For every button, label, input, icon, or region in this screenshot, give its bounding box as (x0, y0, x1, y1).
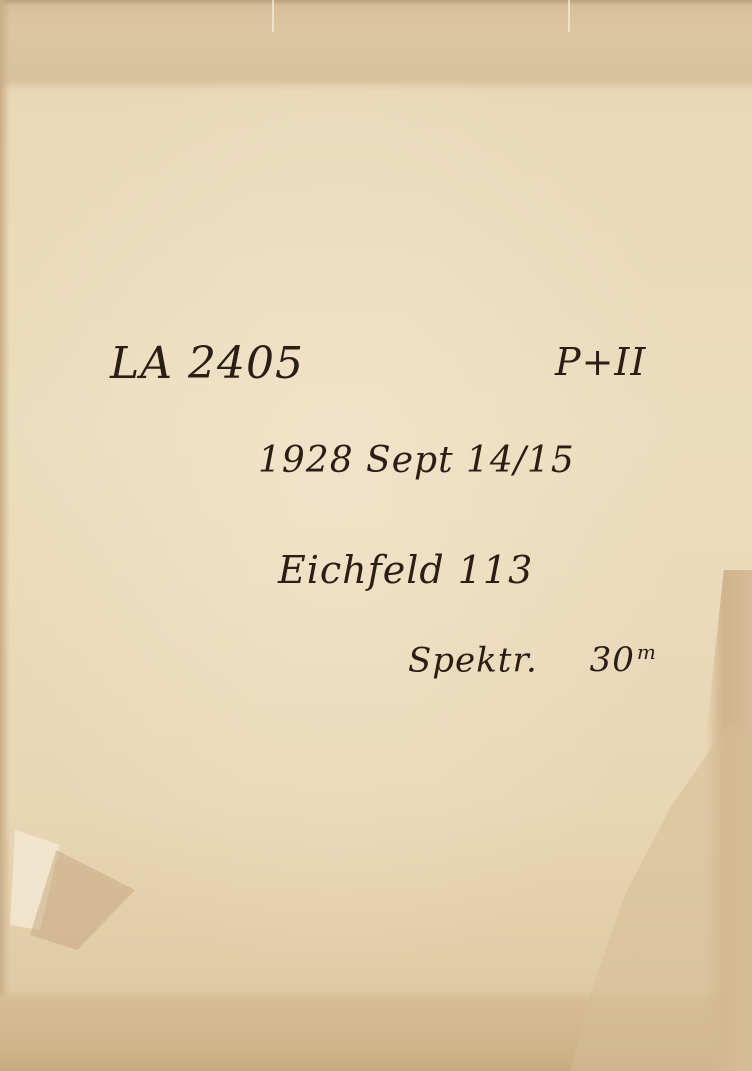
paper-sleeve: LA 2405 P+II 1928 Sept 14/15 Eichfeld 11… (0, 0, 752, 1071)
torn-paper-flap (570, 720, 752, 1071)
tape-seam (272, 0, 274, 32)
left-edge-shadow (0, 0, 10, 1071)
exposure-value: 30 (590, 640, 635, 680)
tape-seam (568, 0, 570, 32)
plate-code: P+II (555, 340, 646, 384)
exposure-unit: m (637, 640, 657, 664)
exposure-note: Spektr. 30m (408, 640, 657, 680)
top-tape-strip (0, 0, 752, 90)
observation-date: 1928 Sept 14/15 (258, 440, 575, 481)
catalog-number: LA 2405 (110, 338, 304, 389)
exposure-label: Spektr. (408, 640, 538, 680)
location-note: Eichfeld 113 (278, 548, 533, 592)
